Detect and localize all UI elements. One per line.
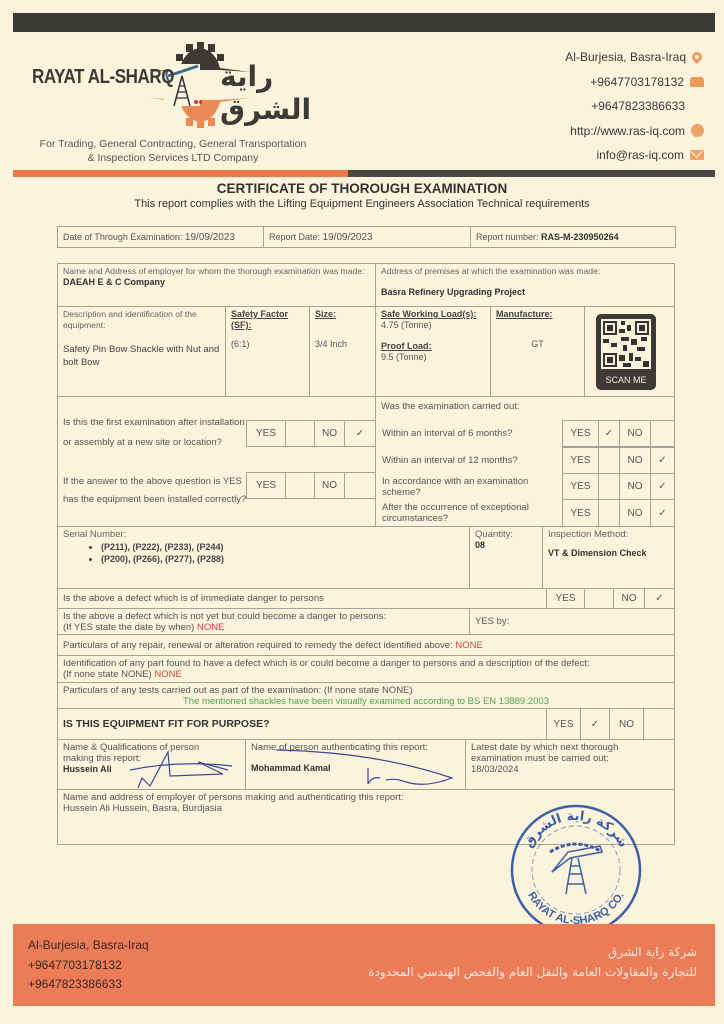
proof-load-label: Proof Load: (381, 341, 485, 352)
quantity-value: 08 (475, 540, 537, 551)
fit-no-label: NO (609, 708, 644, 740)
carried-out-no-label: NO (619, 447, 651, 474)
footer-phone-2: +9647823386633 (28, 975, 149, 995)
carried-out-yes-box[interactable] (598, 499, 620, 527)
footer-arabic: شركة راية الشرق للتجارة والمقاولات العام… (368, 942, 697, 982)
defect-identification-value: NONE (154, 669, 181, 680)
contact-website-text[interactable]: http://www.ras-iq.com (570, 124, 685, 138)
contact-website: http://www.ras-iq.com (454, 119, 704, 144)
footer-phone-1: +9647703178132 (28, 956, 149, 976)
contact-address-text: Al-Burjesia, Basra-Iraq (565, 50, 686, 64)
qr-code-icon (601, 319, 651, 369)
repair-label: Particulars of any repair, renewal or al… (63, 640, 453, 651)
swl-value: 4.75 (Tonne) (381, 320, 485, 331)
future-danger-value: NONE (197, 622, 224, 633)
company-tagline: For Trading, General Contracting, Genera… (13, 137, 333, 165)
header-top-bar (13, 13, 715, 32)
phone-icon (690, 77, 704, 87)
premises-cell: Address of premises at which the examina… (375, 263, 675, 307)
tests-label: Particulars of any tests carried out as … (63, 685, 669, 696)
repair-cell: Particulars of any repair, renewal or al… (57, 634, 675, 656)
first-exam-yes-label: YES (246, 420, 286, 447)
yes-by-cell: YES by: (469, 608, 675, 635)
report-maker-cell: Name & Qualifications of person making t… (57, 739, 246, 790)
manufacture-cell: Manufacture: GT (490, 306, 585, 397)
footer-contacts: Al-Burjesia, Basra-Iraq +9647703178132 +… (28, 936, 149, 995)
installed-no-box[interactable] (344, 472, 376, 499)
serial-number-line: (P211), (P222), (P233), (P244) (101, 541, 464, 553)
footer-arabic-tagline: للتجارة والمقاولات العامة والنقل العام و… (368, 962, 697, 982)
company-name-en: RAYAT AL-SHARQ (32, 66, 174, 89)
proof-load-value: 9.5 (Tonne) (381, 352, 485, 363)
equipment-description-cell: Description and identification of the eq… (57, 306, 226, 397)
carried-out-yes-label: YES (562, 420, 599, 447)
exam-date-value: 19/09/2023 (185, 232, 235, 243)
carried-out-question: After the occurrence of exceptional circ… (382, 499, 562, 527)
first-exam-question: Is this the first examination after inst… (63, 413, 248, 453)
quantity-label: Quantity: (475, 529, 537, 540)
repair-value: NONE (455, 640, 482, 651)
employer-label: Name and Address of employer for whom th… (63, 266, 370, 277)
safety-factor-label: Safety Factor (SF): (231, 309, 304, 331)
certificate-subtitle: This report complies with the Lifting Eq… (0, 198, 724, 210)
carried-out-yes-box[interactable] (598, 473, 620, 500)
size-cell: Size: 3/4 Inch (309, 306, 376, 397)
certificate-title: CERTIFICATE OF THOROUGH EXAMINATION (0, 181, 724, 196)
fit-yes-label: YES (546, 708, 581, 740)
inspection-method-label: Inspection Method: (548, 529, 669, 540)
tagline-line-2: & Inspection Services LTD Company (13, 151, 333, 165)
manufacture-value: GT (496, 339, 579, 350)
immediate-yes-box[interactable] (584, 588, 614, 609)
carried-out-question: In accordance with an examination scheme… (382, 473, 562, 500)
report-number-cell: Report number: RAS-M-230950264 (470, 226, 676, 248)
location-pin-icon (690, 50, 704, 64)
report-date-cell: Report Date: 19/09/2023 (263, 226, 471, 248)
exam-date-cell: Date of Through Examination: 19/09/2023 (57, 226, 264, 248)
exam-date-label: Date of Through Examination: (63, 232, 182, 242)
contact-email-text[interactable]: info@ras-iq.com (596, 148, 684, 162)
future-danger-hint: (If YES state the date by when) (63, 622, 194, 633)
qr-code[interactable]: SCAN ME (596, 314, 656, 390)
installed-yes-label: YES (246, 472, 286, 499)
load-cell: Safe Working Load(s): 4.75 (Tonne) Proof… (375, 306, 491, 397)
contact-address: Al-Burjesia, Basra-Iraq (454, 45, 704, 70)
report-authenticator-cell: Name of person authenticating this repor… (245, 739, 466, 790)
footer-banner: Al-Burjesia, Basra-Iraq +9647703178132 +… (13, 924, 715, 1006)
swl-label: Safe Working Load(s): (381, 309, 485, 320)
carried-out-yes-label: YES (562, 499, 599, 527)
defect-identification-cell: Identification of any part found to have… (57, 655, 675, 683)
serial-number-line: (P200), (P266), (P277), (P288) (101, 553, 464, 565)
first-exam-cell: Is this the first examination after inst… (57, 396, 376, 527)
carried-out-no-box[interactable]: ✓ (650, 499, 675, 527)
header-divider-grey (348, 170, 715, 177)
footer-arabic-name: شركة راية الشرق (368, 942, 697, 962)
premises-label: Address of premises at which the examina… (381, 266, 669, 277)
contact-phone-1: +9647703178132 (454, 70, 704, 95)
carried-out-no-label: NO (619, 420, 651, 447)
employer-cell: Name and Address of employer for whom th… (57, 263, 376, 307)
defect-identification-hint: (If none state NONE) (63, 669, 152, 680)
carried-out-yes-label: YES (562, 473, 599, 500)
report-date-label: Report Date: (269, 232, 320, 242)
report-number-value: RAS-M-230950264 (541, 232, 619, 242)
carried-out-no-box[interactable]: ✓ (650, 473, 675, 500)
equipment-description-label: Description and identification of the eq… (63, 309, 220, 331)
size-label: Size: (315, 309, 370, 320)
future-danger-cell: Is the above a defect which is not yet b… (57, 608, 470, 635)
fit-for-purpose-question: IS THIS EQUIPMENT FIT FOR PURPOSE? (63, 718, 270, 730)
serial-number-label: Serial Number: (63, 529, 464, 540)
serial-number-cell: Serial Number: (P211), (P222), (P233), (… (57, 526, 470, 589)
safety-factor-cell: Safety Factor (SF): (6:1) (225, 306, 310, 397)
size-value: 3/4 Inch (315, 339, 370, 350)
carried-out-no-box[interactable]: ✓ (650, 447, 675, 474)
immediate-danger-question: Is the above a defect which is of immedi… (63, 593, 324, 604)
fit-yes-box[interactable]: ✓ (580, 708, 610, 740)
qr-cell: SCAN ME (584, 306, 675, 397)
fit-no-box[interactable] (643, 708, 675, 740)
immediate-no-label: NO (613, 588, 645, 609)
next-exam-label: Latest date by which next thorough exami… (471, 742, 669, 764)
carried-out-yes-label: YES (562, 447, 599, 474)
qr-caption: SCAN ME (596, 375, 656, 386)
installed-no-label: NO (314, 472, 345, 499)
immediate-no-box[interactable]: ✓ (644, 588, 675, 609)
header-contacts: Al-Burjesia, Basra-Iraq +9647703178132 +… (454, 45, 704, 168)
tests-value: The mentioned shackles have been visuall… (63, 696, 669, 707)
report-number-label: Report number: (476, 232, 539, 242)
report-date-value: 19/09/2023 (323, 232, 373, 243)
inspection-method-value: VT & Dimension Check (548, 548, 669, 559)
contact-phone-2-text: +9647823386633 (591, 99, 685, 113)
quantity-cell: Quantity: 08 (469, 526, 543, 589)
company-name-ar: راية الشرق (220, 60, 330, 126)
employer-value: DAEAH E & C Company (63, 277, 370, 288)
company-logo: RAYAT AL-SHARQ راية الشرق (30, 36, 330, 136)
carried-out-label: Was the examination carried out: (381, 401, 669, 412)
spacer (691, 100, 704, 113)
footer-address: Al-Burjesia, Basra-Iraq (28, 936, 149, 956)
next-exam-value: 18/03/2024 (471, 764, 669, 775)
first-exam-no-label: NO (314, 420, 345, 447)
carried-out-no-label: NO (619, 473, 651, 500)
contact-phone-1-text: +9647703178132 (590, 75, 684, 89)
equipment-description-value: Safety Pin Bow Shackle with Nut and bolt… (63, 343, 220, 369)
safety-factor-value: (6:1) (231, 339, 304, 350)
defect-identification-label: Identification of any part found to have… (63, 658, 669, 669)
next-exam-cell: Latest date by which next thorough exami… (465, 739, 675, 790)
mail-icon (690, 150, 704, 160)
maker-signature (128, 748, 238, 790)
manufacture-label: Manufacture: (496, 309, 579, 320)
yes-by-label: YES by: (475, 616, 509, 627)
premises-value: Basra Refinery Upgrading Project (381, 287, 669, 298)
installed-correctly-question: If the answer to the above question is Y… (63, 473, 248, 509)
inspection-method-cell: Inspection Method: VT & Dimension Check (542, 526, 675, 589)
carried-out-yes-box[interactable] (598, 447, 620, 474)
contact-email: info@ras-iq.com (454, 143, 704, 168)
first-exam-no-box[interactable]: ✓ (344, 420, 376, 447)
header-divider-orange (13, 170, 348, 177)
future-danger-question: Is the above a defect which is not yet b… (63, 611, 464, 622)
serial-number-list: (P211), (P222), (P233), (P244) (P200), (… (101, 541, 464, 565)
first-exam-yes-box[interactable] (285, 420, 315, 447)
carried-out-question: Within an interval of 12 months? (382, 447, 562, 474)
globe-icon (691, 124, 704, 137)
immediate-danger-cell: Is the above a defect which is of immedi… (57, 588, 547, 609)
immediate-yes-label: YES (546, 588, 585, 609)
fit-for-purpose-cell: IS THIS EQUIPMENT FIT FOR PURPOSE? (57, 708, 547, 740)
tagline-line-1: For Trading, General Contracting, Genera… (13, 137, 333, 151)
carried-out-yes-box[interactable]: ✓ (598, 420, 620, 447)
tests-cell: Particulars of any tests carried out as … (57, 682, 675, 709)
carried-out-no-box[interactable] (650, 420, 675, 447)
contact-phone-2: +9647823386633 (454, 94, 704, 119)
installed-yes-box[interactable] (285, 472, 315, 499)
company-stamp: شركة راية الشرق RAYAT AL-SHARQ CO. (508, 802, 644, 938)
authenticator-signature (276, 742, 466, 788)
carried-out-no-label: NO (619, 499, 651, 527)
carried-out-question: Within an interval of 6 months? (382, 420, 562, 447)
